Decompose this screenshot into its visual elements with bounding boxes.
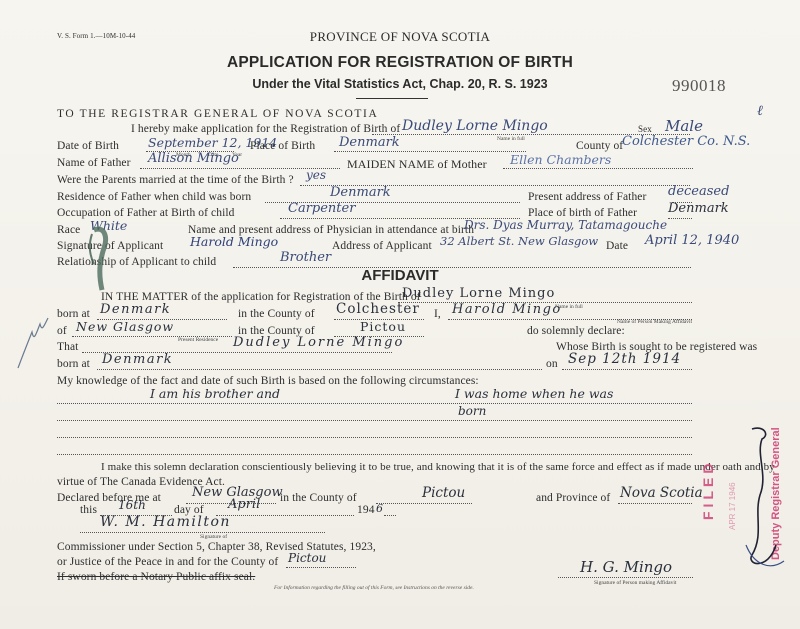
this-label: this <box>80 504 97 516</box>
declare-label: do solemnly declare: <box>527 325 625 337</box>
notary-line: If sworn before a Notary Public affix se… <box>57 571 255 583</box>
commissioner-signature: W. M. Hamilton <box>100 514 231 530</box>
of-label: of <box>57 325 67 337</box>
married-value: yes <box>306 168 326 182</box>
on-label: on <box>546 358 558 370</box>
father-value: Allison Mingo <box>148 151 239 166</box>
father-birthplace-value: Denmark <box>668 201 729 216</box>
date-label: Date <box>606 240 628 252</box>
name-caption: Name in full <box>497 136 525 142</box>
stamp-date: APR 17 1946 <box>728 482 737 530</box>
county-of-value: Colchester <box>336 301 420 317</box>
affidavit-heading: AFFIDAVIT <box>0 267 800 284</box>
addressee: TO THE REGISTRAR GENERAL OF NOVA SCOTIA <box>57 108 378 120</box>
title-rule <box>356 98 428 99</box>
justice-county-value: Pictou <box>288 551 326 565</box>
affiant-name: Harold Mingo <box>452 302 562 317</box>
year-digit: 6 <box>376 502 383 515</box>
registrar-signature <box>740 425 790 575</box>
place-label: Place of Birth <box>250 140 315 152</box>
on-date-value: Sep 12th 1914 <box>568 351 681 367</box>
born-at2-label: born at <box>57 358 90 370</box>
commissioner-line: Commissioner under Section 5, Chapter 38… <box>57 541 376 553</box>
affiant-signature-caption: Signature of Person making Affidavit <box>594 580 676 586</box>
affiant-signature: H. G. Mingo <box>580 558 672 576</box>
present-address-label: Present address of Father <box>528 191 646 203</box>
birth-application-form: V. S. Form 1.—10M-10-44 PROVINCE OF NOVA… <box>0 0 800 629</box>
residence-label: Residence of Father when child was born <box>57 191 251 203</box>
i-label: I, <box>434 308 441 320</box>
declared-county-label: in the County of <box>280 492 357 504</box>
that-label: That <box>57 341 78 353</box>
form-title: APPLICATION FOR REGISTRATION OF BIRTH <box>0 54 800 72</box>
mother-label: MAIDEN NAME of Mother <box>347 157 487 172</box>
declared-county-value: Pictou <box>422 485 465 501</box>
margin-check-mark: ℓ <box>757 104 763 120</box>
occupation-label: Occupation of Father at Birth of child <box>57 207 235 219</box>
sex-label: Sex <box>638 124 652 134</box>
year-prefix: 194 <box>357 504 375 516</box>
that-name: Dudley Lorne Mingo <box>233 335 404 350</box>
born-at2-value: Denmark <box>102 352 173 367</box>
married-label: Were the Parents married at the time of … <box>57 174 294 186</box>
serial-number: 990018 <box>672 76 726 96</box>
month-value: April <box>228 497 260 512</box>
justice-line: or Justice of the Peace in and for the C… <box>57 556 278 568</box>
of-residence: New Glasgow <box>76 319 174 334</box>
declaration-line-1: I make this solemn declaration conscient… <box>101 461 775 473</box>
county-of2-value: Pictou <box>360 319 406 334</box>
dob-label: Date of Birth <box>57 140 119 152</box>
race-label: Race <box>57 224 80 236</box>
place-value: Denmark <box>339 135 400 150</box>
applicant-address-value: 32 Albert St. New Glasgow <box>440 234 598 248</box>
father-label: Name of Father <box>57 157 131 169</box>
province-label: and Province of <box>536 492 610 504</box>
intro-label: I hereby make application for the Regist… <box>131 123 400 135</box>
province-title: PROVINCE OF NOVA SCOTIA <box>0 29 800 45</box>
county-of-label: in the County of <box>238 308 315 320</box>
filed-stamp: FILED <box>700 460 716 520</box>
circumstances-2: born <box>458 404 486 418</box>
margin-ink-mark <box>86 226 116 296</box>
relationship-value: Brother <box>280 250 331 265</box>
present-address-value: deceased <box>668 184 729 199</box>
province-value: Nova Scotia <box>620 485 703 501</box>
county-label: County of <box>576 140 623 152</box>
mother-value: Ellen Chambers <box>510 152 611 167</box>
affiant-caption: Name of Person Making Affidavit <box>617 319 692 325</box>
residence-value: Denmark <box>330 185 391 200</box>
circumstances-1a: I am his brother and <box>150 386 280 401</box>
physician-value: Drs. Dyas Murray, Tatamagouche <box>464 218 667 232</box>
county-value: Colchester Co. N.S. <box>622 134 750 149</box>
date-value: April 12, 1940 <box>645 233 739 248</box>
name-in-full: Dudley Lorne Mingo <box>402 118 548 134</box>
margin-initials <box>14 312 54 372</box>
born-at-value: Denmark <box>100 302 171 317</box>
occupation-value: Carpenter <box>288 201 355 216</box>
applicant-signature: Harold Mingo <box>190 234 278 249</box>
applicant-address-label: Address of Applicant <box>332 240 432 252</box>
signature-of-caption: Signature of <box>200 534 227 540</box>
circumstances-1b: I was home when he was <box>455 386 613 401</box>
sex-value: Male <box>665 117 703 135</box>
residence-caption: Present Residence <box>178 337 218 343</box>
matter-name: Dudley Lorne Mingo <box>402 286 555 301</box>
day-value: 16th <box>118 498 146 512</box>
footer-note: For Information regarding the filling ou… <box>274 585 474 591</box>
